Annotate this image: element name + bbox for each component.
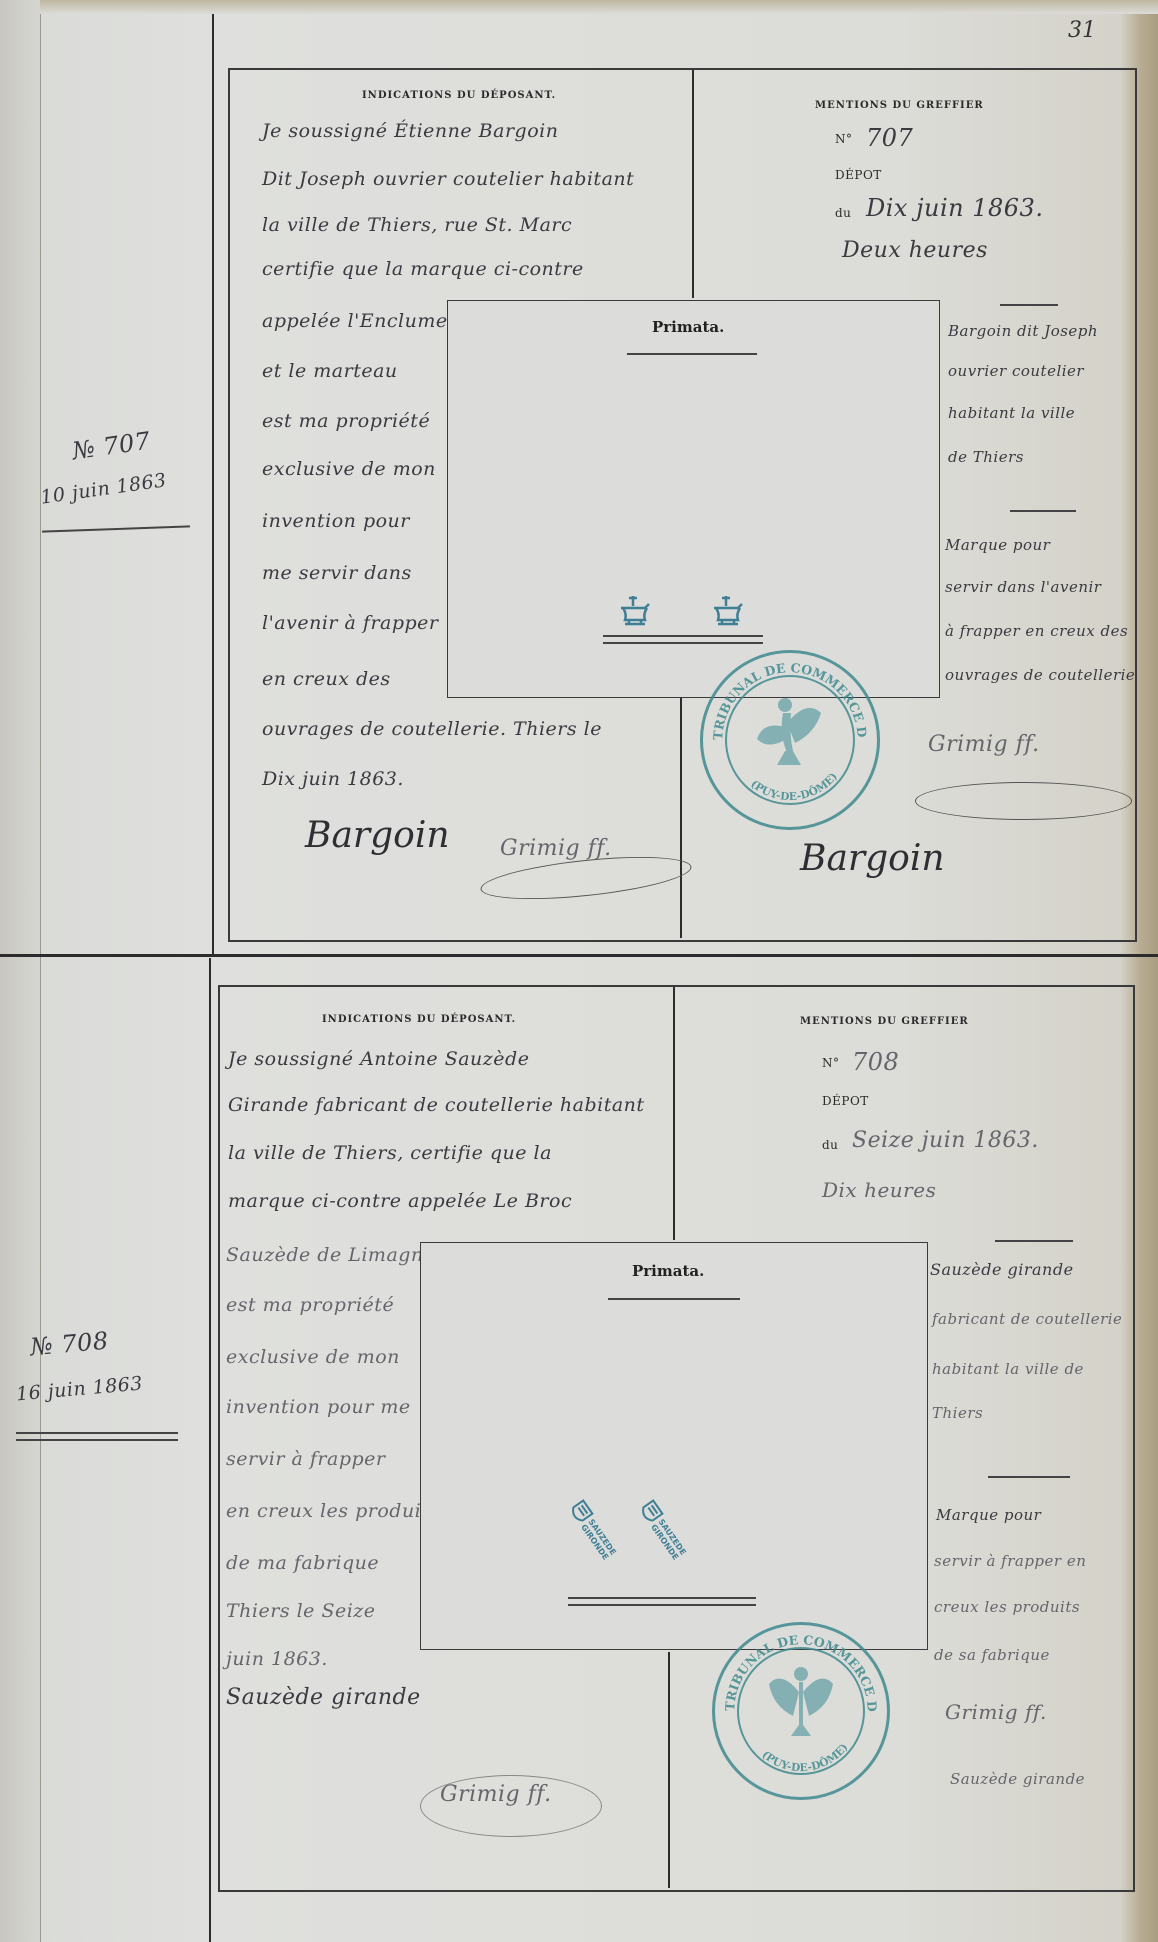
purpose-line: creux les produits — [934, 1598, 1080, 1616]
depositor-text-line: Je soussigné Antoine Sauzède — [228, 1048, 529, 1070]
number-label: N° — [835, 132, 853, 146]
purpose-line: ouvrages de coutellerie — [945, 666, 1135, 684]
imperial-eagle-icon — [766, 1664, 836, 1758]
deposit-date: Dix juin 1863. — [866, 194, 1043, 222]
purpose-line: servir à frapper en — [934, 1552, 1086, 1570]
depositor-text-line: est ma propriété — [262, 410, 430, 432]
depositor-text-line: l'avenir à frapper — [262, 612, 439, 634]
du-label: du — [822, 1138, 838, 1152]
depositor-text-line: Thiers le Seize — [226, 1600, 376, 1622]
depositor-text-line: servir à frapper — [226, 1448, 385, 1470]
depositor-text-line: la ville de Thiers, certifie que la — [228, 1142, 552, 1164]
short-rule — [988, 1476, 1070, 1478]
deposit-number: 708 — [852, 1048, 899, 1076]
depositor-text-line: Dit Joseph ouvrier coutelier habitant — [262, 168, 634, 190]
depositor-summary-line: habitant la ville — [948, 404, 1075, 422]
previous-page-edge — [0, 0, 41, 1942]
mark-box-title: Primata. — [632, 1262, 704, 1280]
short-rule — [995, 1240, 1073, 1242]
depositor-summary-line: fabricant de coutellerie — [932, 1310, 1122, 1328]
depositor-text-line: me servir dans — [262, 562, 412, 584]
depositor-text-line: est ma propriété — [226, 1294, 394, 1316]
depositor-text-line: marque ci-contre appelée Le Broc — [228, 1190, 572, 1212]
depositor-summary-line: de Thiers — [948, 448, 1024, 466]
ledger-page: 31 № 707 10 juin 1863 INDICATIONS DU DÉP… — [0, 0, 1158, 1942]
short-rule — [1010, 510, 1076, 512]
depositor-text-line: juin 1863. — [226, 1648, 328, 1670]
depositor-text-line: invention pour me — [226, 1396, 411, 1418]
depositor-text-line: en creux des — [262, 668, 391, 690]
purpose-line: à frapper en creux des — [945, 622, 1128, 640]
mark-box — [420, 1242, 928, 1650]
depositor-text-line: exclusive de mon — [262, 458, 436, 480]
depositor-text-line: Dix juin 1863. — [262, 768, 404, 790]
depositor-signature: Bargoin — [305, 815, 450, 856]
short-rule — [1000, 304, 1058, 306]
entry-divider — [0, 954, 1158, 957]
depositor-text-line: exclusive de mon — [226, 1346, 400, 1368]
depositor-text-line: Je soussigné Étienne Bargoin — [262, 120, 558, 142]
signature-flourish — [915, 782, 1132, 820]
depositor-text-line: appelée l'Enclume — [262, 310, 448, 332]
tribunal-stamp: TRIBUNAL DE COMMERCE DE THIERS (PUY-DE-D… — [700, 650, 880, 830]
deposit-time: Deux heures — [842, 238, 988, 263]
margin-underline — [16, 1432, 178, 1441]
depositor-text-line: Girande fabricant de coutellerie habitan… — [228, 1094, 645, 1116]
depositor-header: INDICATIONS DU DÉPOSANT. — [362, 90, 556, 101]
depot-label: DÉPOT — [822, 1094, 869, 1108]
title-underline — [608, 1298, 740, 1300]
deposit-time: Dix heures — [822, 1178, 936, 1202]
depositor-summary-line: Sauzède girande — [930, 1260, 1074, 1279]
depositor-text-line: ouvrages de coutellerie. Thiers le — [262, 718, 602, 740]
anvil-mark-icon — [617, 594, 653, 635]
depositor-text-line: de ma fabrique — [226, 1552, 379, 1574]
purpose-line: servir dans l'avenir — [945, 578, 1101, 596]
signature-flourish — [420, 1775, 602, 1837]
clerk-signature-right: Grimig ff. — [928, 732, 1040, 757]
column-divider-upper — [673, 987, 675, 1240]
number-label: N° — [822, 1056, 840, 1070]
depositor-signature-right: Bargoin — [800, 838, 945, 879]
tribunal-stamp: TRIBUNAL DE COMMERCE DE THIERS (PUY-DE-D… — [712, 1622, 890, 1800]
margin-entry-number: № 708 — [29, 1327, 110, 1362]
depositor-signature-right: Sauzède girande — [950, 1770, 1085, 1788]
column-divider-lower — [680, 698, 682, 938]
depositor-text-line: certifie que la marque ci-contre — [262, 258, 584, 280]
depositor-text-line: la ville de Thiers, rue St. Marc — [262, 214, 572, 236]
depositor-summary-line: Thiers — [932, 1404, 983, 1422]
mark-double-rule — [568, 1597, 756, 1606]
depositor-signature: Sauzède girande — [226, 1685, 421, 1710]
clerk-header: MENTIONS DU GREFFIER — [800, 1016, 969, 1027]
depositor-text-line: invention pour — [262, 510, 410, 532]
du-label: du — [835, 206, 851, 220]
deposit-number: 707 — [866, 124, 913, 152]
mark-double-rule — [603, 635, 763, 644]
depositor-text-line: et le marteau — [262, 360, 398, 382]
depositor-header: INDICATIONS DU DÉPOSANT. — [322, 1014, 516, 1025]
depositor-text-line: Sauzède de Limagne — [226, 1244, 435, 1266]
column-divider-lower — [668, 1652, 670, 1888]
purpose-line: Marque pour — [936, 1506, 1041, 1524]
margin-rule-bottom — [209, 958, 211, 1942]
depositor-text-line: en creux les produits — [226, 1500, 440, 1522]
purpose-line: Marque pour — [945, 536, 1050, 554]
clerk-signature: Grimig ff. — [500, 836, 612, 861]
depositor-summary-line: ouvrier coutelier — [948, 362, 1084, 380]
depot-label: DÉPOT — [835, 168, 882, 182]
clerk-signature-right: Grimig ff. — [945, 1700, 1047, 1724]
clerk-header: MENTIONS DU GREFFIER — [815, 100, 984, 111]
margin-entry-number: № 707 — [70, 427, 152, 466]
margin-rule-top — [212, 14, 214, 956]
purpose-line: de sa fabrique — [934, 1646, 1050, 1664]
depositor-summary-line: habitant la ville de — [932, 1360, 1084, 1378]
title-underline — [627, 353, 757, 355]
margin-underline — [42, 525, 190, 532]
margin-entry-date: 10 juin 1863 — [39, 469, 168, 508]
page-number: 31 — [1068, 18, 1096, 43]
anvil-mark-icon — [710, 594, 746, 635]
deposit-date: Seize juin 1863. — [852, 1128, 1039, 1153]
column-divider-upper — [692, 70, 694, 298]
depositor-summary-line: Bargoin dit Joseph — [948, 322, 1098, 340]
page-top-edge — [40, 0, 1158, 14]
imperial-eagle-icon — [755, 693, 825, 787]
mark-box-title: Primata. — [652, 318, 724, 336]
